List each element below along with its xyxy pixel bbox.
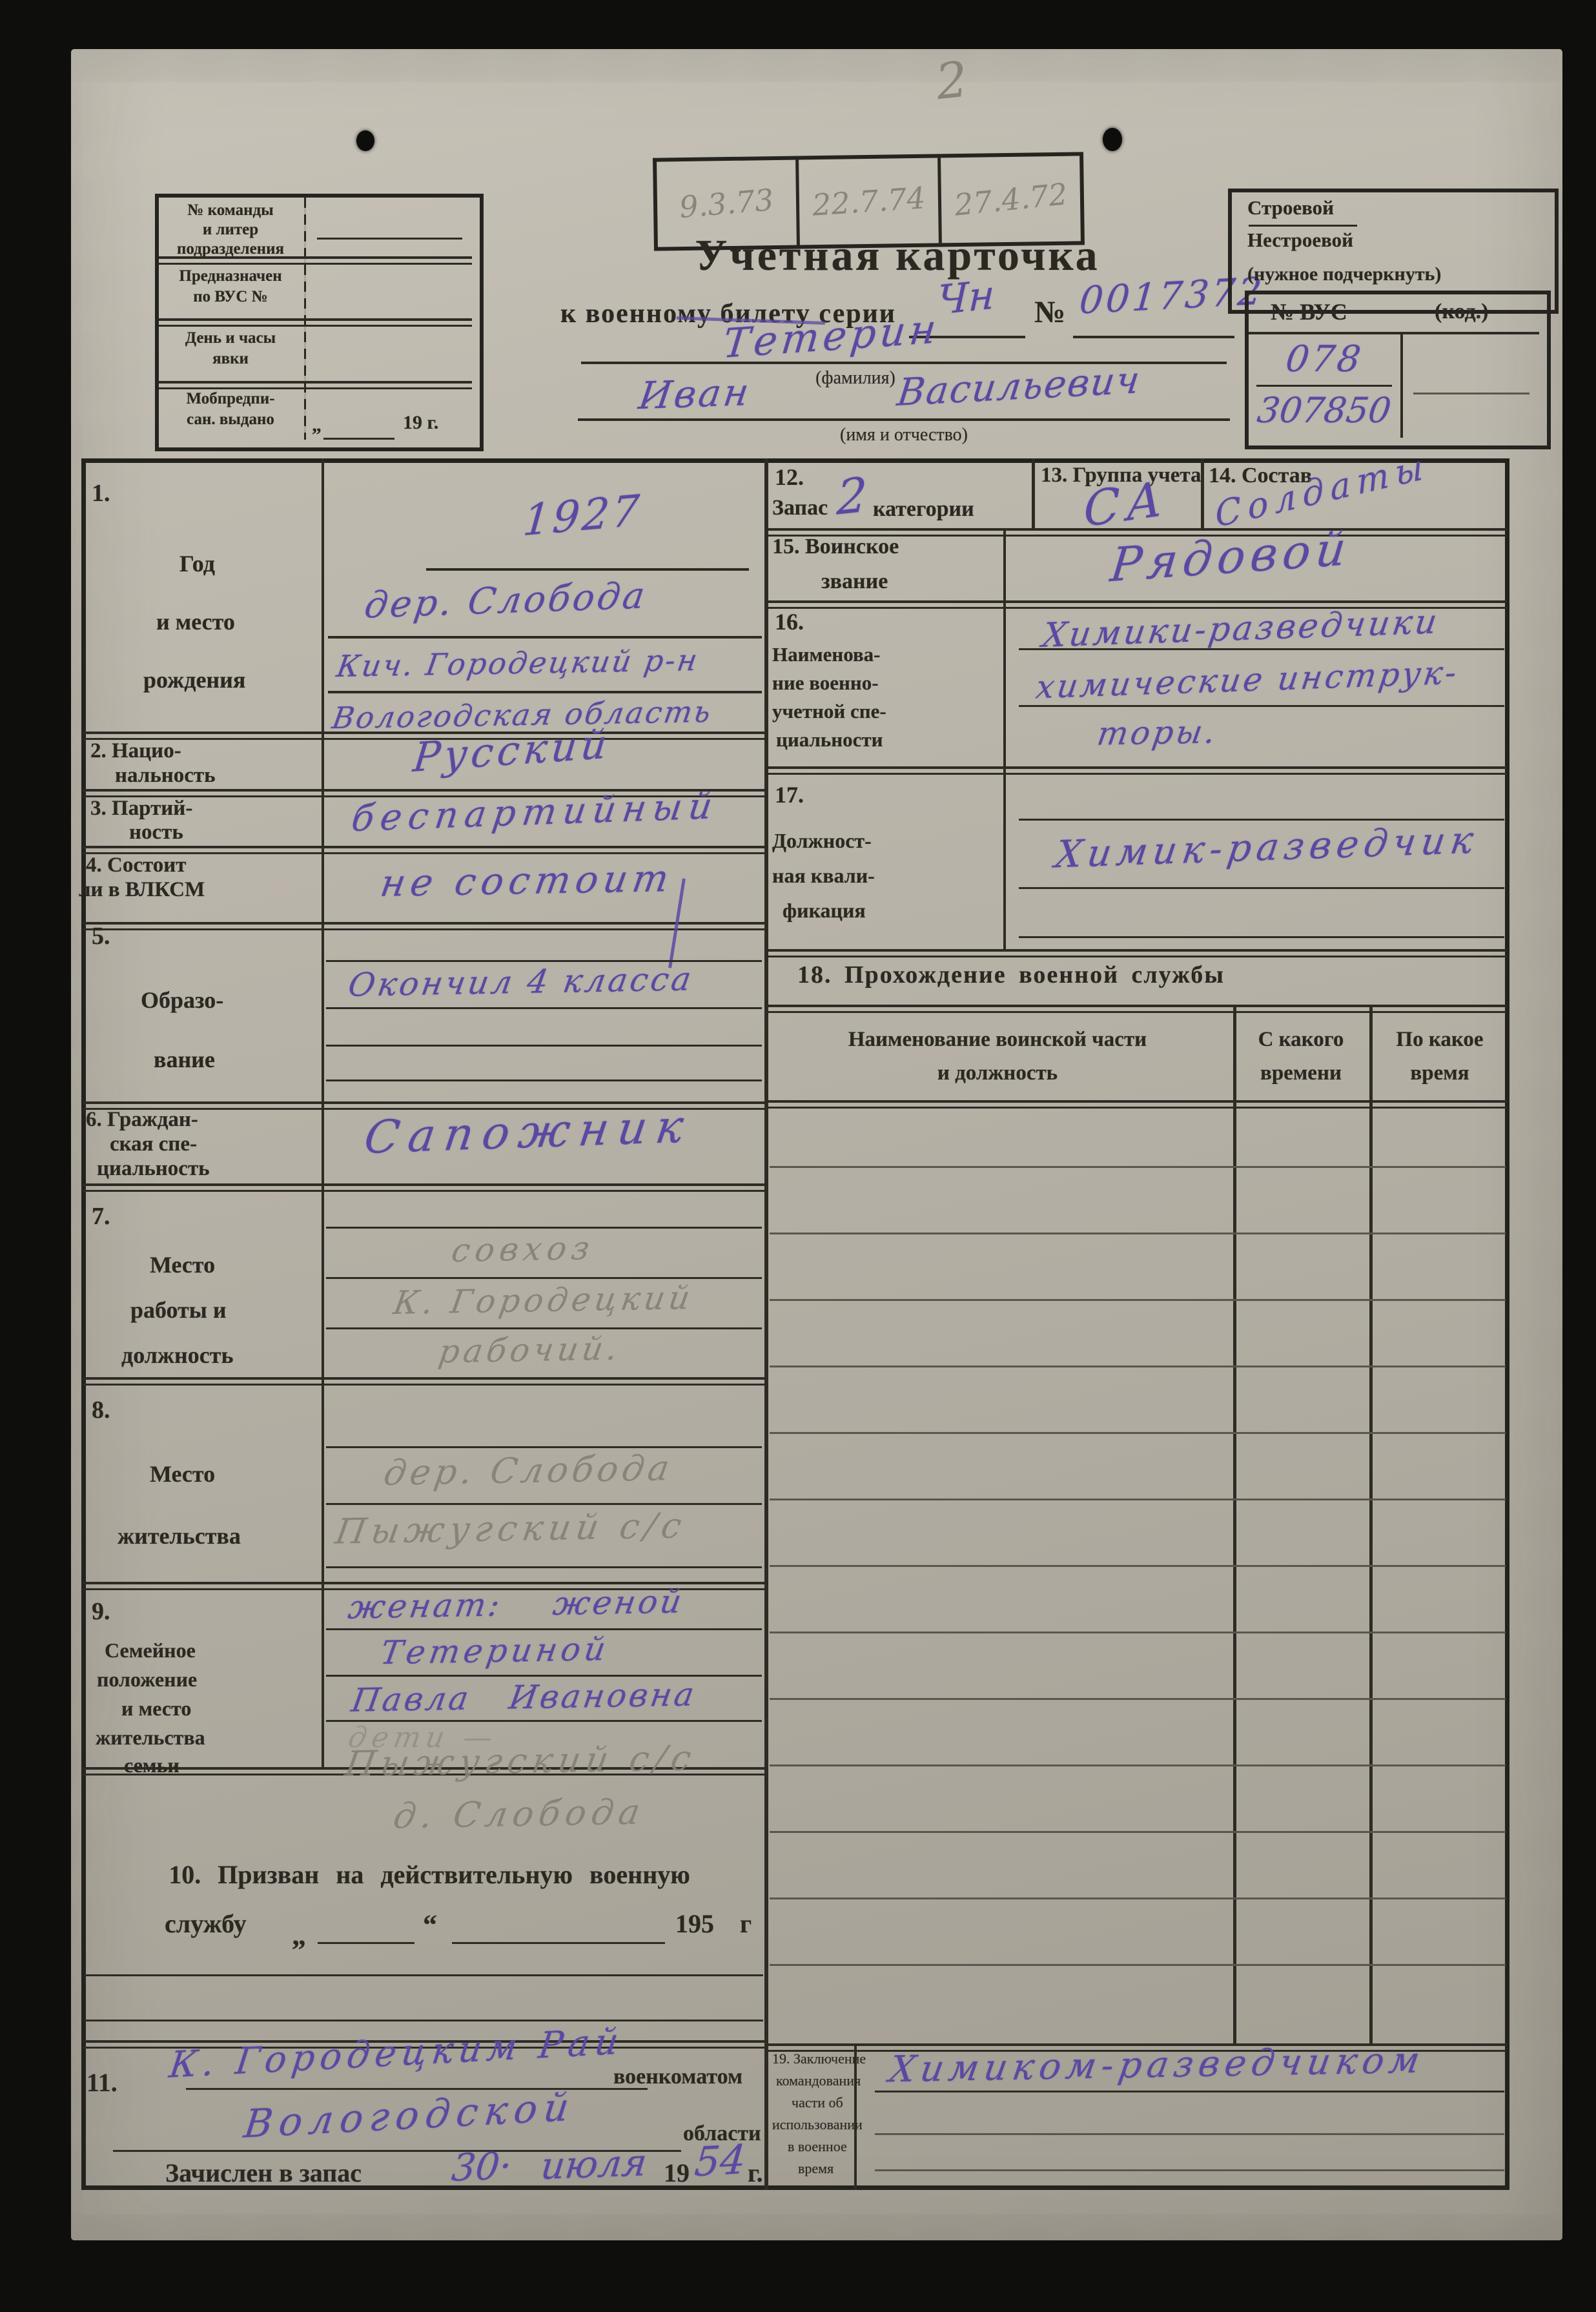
family-residence-pencil: Пыжугский с/с: [342, 1737, 699, 1785]
admin-row2-label: по ВУС №: [159, 288, 302, 306]
rule: [770, 1166, 1506, 1168]
rule: [452, 1942, 665, 1944]
field19-label: использовании: [772, 2116, 863, 2133]
account-group-handwritten: СА: [1084, 470, 1169, 538]
quote-open: „: [292, 1919, 306, 1952]
center-divider: [764, 458, 768, 2190]
enlist-month-handwritten: июля: [538, 2140, 649, 2188]
vus-box: № ВУС (код.) 078 307850: [1245, 291, 1551, 449]
vus-code-label: (код.): [1435, 300, 1489, 324]
rule: [770, 1964, 1506, 1966]
rule: [1019, 705, 1504, 707]
admin-box: № команды и литер подразделения Предназн…: [155, 194, 484, 451]
position-handwritten: рабочий.: [436, 1329, 624, 1370]
stamp-date: 9.3.73: [678, 182, 775, 225]
field9-label: и место: [121, 1697, 191, 1721]
admin-row4-label: Мобпредпи-: [159, 390, 302, 408]
field11-label: военкоматом: [613, 2065, 742, 2089]
number-sign: №: [1034, 294, 1065, 330]
rule: [326, 1566, 762, 1568]
field7-label: работы и: [130, 1296, 227, 1324]
field8-number: 8.: [92, 1396, 110, 1424]
field1-label: Год: [179, 550, 215, 577]
divider: [83, 922, 764, 930]
admin-row4-year: 19 г.: [403, 412, 438, 434]
col-header-from: С какого: [1236, 1028, 1366, 1052]
field10-year: 195: [675, 1908, 714, 1939]
field12-number: 12.: [775, 464, 804, 491]
rule: [323, 438, 394, 440]
family-village-pencil: д. Слобода: [391, 1792, 648, 1837]
divider: [1201, 458, 1204, 528]
quote-close: “: [423, 1908, 437, 1941]
field7-label: должность: [121, 1342, 233, 1369]
category-nestroevoy: Нестроевой: [1247, 229, 1353, 252]
rule: [1073, 336, 1234, 338]
rule: [770, 1698, 1506, 1700]
rule: [770, 1299, 1506, 1301]
rule: [1249, 332, 1539, 334]
vlksm-status-handwritten: не состоит: [378, 856, 677, 905]
reserve-category-handwritten: 2: [836, 467, 868, 526]
wife-name-handwritten: Павла Ивановна: [349, 1675, 699, 1719]
rule: [326, 1446, 762, 1448]
field16-label: учетной спе-: [772, 700, 886, 723]
field10-year-suffix: г: [740, 1908, 752, 1939]
rule: [770, 1366, 1506, 1367]
vus-number2-handwritten: 307850: [1255, 390, 1394, 431]
col-header-to2: время: [1373, 1061, 1507, 1085]
rule: [326, 1227, 762, 1229]
field5-label: Образо-: [141, 987, 223, 1014]
field19-label: время: [798, 2160, 834, 2177]
enlist-year-handwritten: 54: [693, 2136, 748, 2186]
field2-label: нальность: [115, 764, 216, 788]
workplace-handwritten: совхоз: [449, 1229, 597, 1269]
field4-label: ли в ВЛКСМ: [79, 878, 205, 902]
vus-label: № ВУС: [1271, 298, 1347, 325]
rule: [770, 1765, 1506, 1766]
scanned-military-card-page: 2 № команды и литер подразделения Предна…: [0, 0, 1596, 2312]
field15-label: звание: [821, 569, 888, 594]
field19-label: 19. Заключение: [772, 2051, 866, 2067]
divider: [767, 1005, 1507, 1013]
field19-label: в военное: [788, 2138, 847, 2155]
field5-number: 5.: [92, 922, 110, 950]
rule: [770, 1233, 1506, 1234]
admin-row1-label: подразделения: [159, 240, 302, 258]
field6-label: 6. Граждан-: [86, 1108, 198, 1132]
field3-label: ность: [129, 821, 183, 844]
rule: [1019, 936, 1504, 938]
rule: [84, 2020, 763, 2021]
category-stroevoy: Строевой: [1247, 196, 1334, 220]
field8-label: жительства: [118, 1522, 241, 1550]
field17-label: Должност-: [772, 829, 872, 853]
rule: [318, 1942, 414, 1944]
family-status-handwritten: женат: женой: [345, 1582, 686, 1626]
rule: [770, 1632, 1506, 1633]
admin-row1-label: и литер: [159, 221, 302, 239]
workplace2-handwritten: К. Городецкий: [391, 1279, 696, 1322]
rule: [875, 2133, 1504, 2135]
field9-number: 9.: [92, 1597, 110, 1626]
page-title: Учетная карточка: [600, 230, 1194, 281]
rule: [326, 1327, 762, 1329]
rule: [578, 418, 1230, 421]
field16-number: 16.: [775, 608, 804, 635]
admin-row2-label: Предназначен: [159, 267, 302, 285]
col-header-unit2: и должность: [775, 1061, 1220, 1085]
field17-number: 17.: [775, 781, 804, 808]
field17-label: ная квали-: [772, 864, 875, 888]
enlisted-label: Зачислен в запас: [165, 2158, 362, 2188]
enlist-year-suffix: г.: [748, 2158, 763, 2188]
rule: [326, 1045, 762, 1047]
field16-label: Наименова-: [772, 643, 881, 666]
field1-label: рождения: [143, 666, 245, 693]
field1-label: и место: [156, 608, 235, 635]
rule: [770, 1898, 1506, 1899]
rule: [84, 1974, 763, 1976]
wife-surname-handwritten: Тетериной: [378, 1630, 612, 1672]
field15-label: 15. Воинское: [772, 535, 899, 559]
field9-label: положение: [97, 1668, 197, 1692]
birth-district-handwritten: Кич. Городецкий р-н: [334, 642, 702, 684]
rule: [328, 636, 762, 639]
rule: [328, 691, 762, 693]
enlist-year-printed: 19: [664, 2158, 690, 2188]
rule: [326, 960, 762, 962]
rule: [186, 2088, 648, 2090]
field12-label2: категории: [873, 497, 974, 522]
name-caption: (имя и отчество): [768, 425, 1039, 445]
admin-row1-label: № команды: [159, 201, 302, 220]
admin-row3-label: явки: [159, 350, 302, 368]
field7-number: 7.: [92, 1202, 110, 1231]
rule: [1256, 385, 1392, 387]
field1-number: 1.: [92, 479, 110, 507]
field9-label: жительства: [96, 1726, 205, 1750]
section18-title: 18. Прохождение военной службы: [797, 961, 1225, 989]
punch-hole-left: [356, 130, 374, 151]
rule: [770, 1831, 1506, 1833]
admin-row4-label: сан. выдано: [159, 411, 302, 429]
stamp-date: 22.7.74: [811, 180, 926, 223]
field5-label: вание: [154, 1046, 215, 1073]
divider: [1400, 332, 1403, 438]
rule: [326, 1503, 762, 1505]
rule: [770, 1499, 1506, 1500]
divider: [1369, 1005, 1373, 2043]
field10-word: службу: [165, 1908, 247, 1939]
rule: [317, 238, 462, 240]
field19-label: части об: [792, 2094, 843, 2111]
left-label-divider: [322, 458, 324, 1767]
divider: [1032, 458, 1035, 528]
underline-mark: [1249, 225, 1357, 227]
residence2-handwritten: Пыжугский с/с: [332, 1505, 690, 1552]
divider: [83, 1377, 764, 1386]
stamp-date: 27.4.72: [952, 176, 1069, 222]
field4-label: 4. Состоит: [86, 854, 186, 877]
divider: [767, 949, 1507, 957]
pencil-page-number: 2: [933, 50, 970, 111]
education-handwritten: Окончил 4 класса: [345, 960, 696, 1003]
rule: [770, 1432, 1506, 1434]
residence-handwritten: дер. Слобода: [381, 1448, 676, 1493]
divider: [159, 381, 472, 389]
divider: [83, 1183, 764, 1192]
category-note: (нужное подчеркнуть): [1247, 263, 1441, 285]
series-handwritten: Чн: [937, 271, 996, 324]
divider: [1003, 528, 1006, 949]
field11-number: 11.: [87, 2067, 118, 2098]
field9-label: Семейное: [105, 1639, 196, 1662]
field2-label: 2. Нацио-: [90, 739, 181, 763]
firstname-handwritten: Иван: [636, 370, 754, 418]
rule: [875, 2169, 1504, 2171]
field16-label: циальности: [776, 728, 883, 752]
field3-label: 3. Партий-: [90, 797, 192, 821]
rule: [426, 568, 749, 571]
divider: [1233, 1005, 1236, 2043]
divider: [767, 766, 1507, 775]
field8-label: Место: [150, 1460, 215, 1488]
field12-label: Запас: [772, 496, 828, 520]
field7-label: Место: [150, 1251, 215, 1278]
col-header-unit: Наименование воинской части: [775, 1028, 1220, 1052]
rule: [1019, 887, 1504, 889]
col-header-from2: времени: [1236, 1061, 1366, 1085]
rule: [875, 2091, 1504, 2092]
rule: [326, 1079, 762, 1081]
field6-label: ская спе-: [110, 1132, 197, 1156]
punch-hole-right: [1103, 128, 1122, 151]
field17-label: фикация: [783, 899, 866, 923]
admin-row4-quote: „: [312, 414, 322, 436]
field6-label: циальность: [97, 1157, 210, 1181]
field19-label: командования: [776, 2072, 861, 2089]
enlist-day-handwritten: 30·: [449, 2143, 513, 2190]
col-header-to: По какое: [1373, 1028, 1507, 1052]
rule: [326, 1628, 762, 1630]
rule: [770, 1565, 1506, 1567]
field10-text: 10. Призван на действительную военную: [97, 1859, 762, 1890]
military-specialty3-handwritten: торы.: [1094, 713, 1220, 752]
rule: [326, 1007, 762, 1009]
divider: [767, 1100, 1507, 1109]
rule: [1413, 393, 1529, 394]
field16-label: ние военно-: [772, 671, 879, 695]
field9-label: семьи: [124, 1754, 179, 1777]
admin-row3-label: День и часы: [159, 329, 302, 347]
vus-number-handwritten: 078: [1283, 338, 1366, 380]
divider: [159, 318, 472, 327]
